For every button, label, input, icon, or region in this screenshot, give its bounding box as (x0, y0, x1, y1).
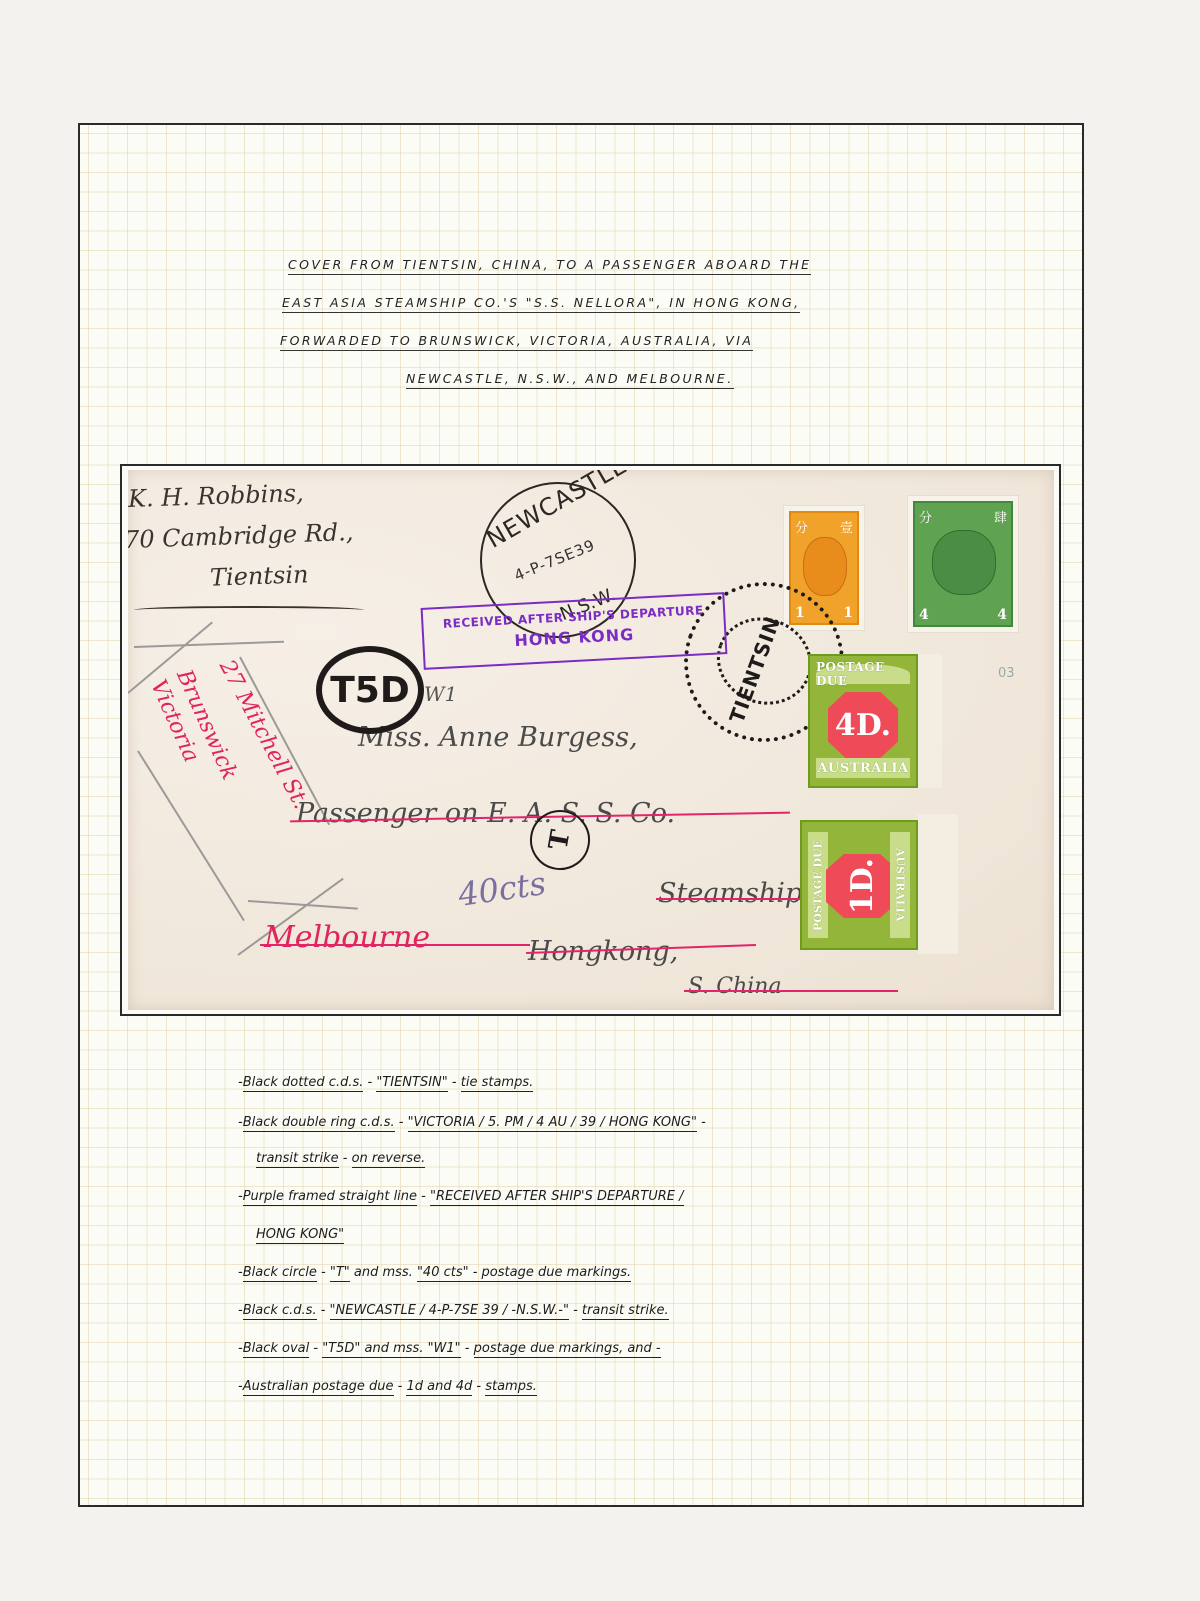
stamp-label: POSTAGE DUE (808, 832, 828, 938)
recipient-line-struck: Passenger on E. A. S. S. Co. (296, 798, 675, 829)
stamp-value: 1 (843, 605, 853, 621)
forward-street: 27 Mitchell St. (214, 656, 313, 813)
stamp-china-4c: 分 肆 4 4 (908, 496, 1018, 632)
pencil-postage-due: 40cts (456, 864, 548, 914)
sender-street: 70 Cambridge Rd., (128, 518, 354, 554)
pencil-stroke (134, 641, 284, 648)
sender-underline (134, 606, 364, 614)
note-item: -Purple framed straight line - "RECEIVED… (238, 1189, 684, 1204)
note-item: HONG KONG" (256, 1227, 344, 1242)
portrait-icon (932, 530, 995, 595)
portrait-icon (803, 537, 847, 596)
red-strikethrough (656, 898, 806, 900)
stamp-char: 肆 (994, 507, 1007, 526)
note-item: -Black c.d.s. - "NEWCASTLE / 4-P-7SE 39 … (238, 1303, 669, 1318)
title-line: Forwarded to Brunswick, Victoria, Austra… (280, 333, 753, 351)
note-item: transit strike - on reverse. (256, 1151, 425, 1166)
stamp-value: 4 (919, 607, 929, 623)
pencil-mark: 03 (998, 666, 1015, 681)
note-item: -Black dotted c.d.s. - "TIENTSIN" - tie … (238, 1075, 533, 1090)
cds-town: NEWCASTLE (482, 470, 632, 554)
recipient-line-struck: S. China (688, 974, 782, 999)
cover-mount: K. H. Robbins, 70 Cambridge Rd., Tientsi… (120, 464, 1061, 1016)
stamp-selvage (918, 654, 942, 788)
sender-name: K. H. Robbins, (128, 479, 304, 513)
title-line: East Asia Steamship Co.'s "S.S. Nellora"… (282, 295, 800, 313)
t5d-oval-marking: T5D (316, 646, 424, 734)
envelope: K. H. Robbins, 70 Cambridge Rd., Tientsi… (128, 470, 1054, 1010)
album-page: Cover from Tientsin, China, to a passeng… (78, 123, 1084, 1507)
red-strikethrough (260, 944, 530, 946)
cds-date: 4-P-7SE39 (512, 536, 598, 585)
recipient-name: Miss. Anne Burgess, (358, 722, 638, 753)
red-strikethrough (684, 990, 898, 992)
stamp-australia-due-4d: POSTAGE DUE 4D. AUSTRALIA (808, 654, 918, 788)
stamp-australia-due-1d: POSTAGE DUE 1D. AUSTRALIA (800, 820, 918, 950)
stamp-label: AUSTRALIA (816, 758, 910, 778)
received-after-departure-handstamp: RECEIVED AFTER SHIP'S DEPARTURE HONG KON… (421, 592, 728, 670)
stamp-face: 分 肆 4 4 (913, 501, 1013, 627)
stamp-char: 壹 (840, 517, 853, 536)
stamp-char: 分 (919, 507, 932, 526)
melbourne-struck: Melbourne (264, 920, 430, 955)
title-line: Cover from Tientsin, China, to a passeng… (288, 257, 811, 275)
recipient-line-struck: Steamship (658, 878, 802, 909)
stamp-label: AUSTRALIA (890, 832, 910, 938)
note-item: -Black double ring c.d.s. - "VICTORIA / … (238, 1115, 706, 1130)
mss-w1-marking: W1 (424, 682, 457, 706)
stamp-label: POSTAGE DUE (816, 664, 910, 684)
stamp-value: 1D. (826, 854, 898, 918)
note-item: -Black oval - "T5D" and mss. "W1" - post… (238, 1341, 661, 1356)
title-line: Newcastle, N.S.W., and Melbourne. (406, 371, 734, 389)
stamp-char: 分 (795, 517, 808, 536)
note-item: -Black circle - "T" and mss. "40 cts" - … (238, 1265, 631, 1280)
note-item: -Australian postage due - 1d and 4d - st… (238, 1379, 537, 1394)
stamp-value: 4D. (828, 692, 898, 758)
sender-city: Tientsin (210, 560, 309, 591)
stamp-selvage (918, 814, 958, 954)
stamp-value: 4 (997, 607, 1007, 623)
